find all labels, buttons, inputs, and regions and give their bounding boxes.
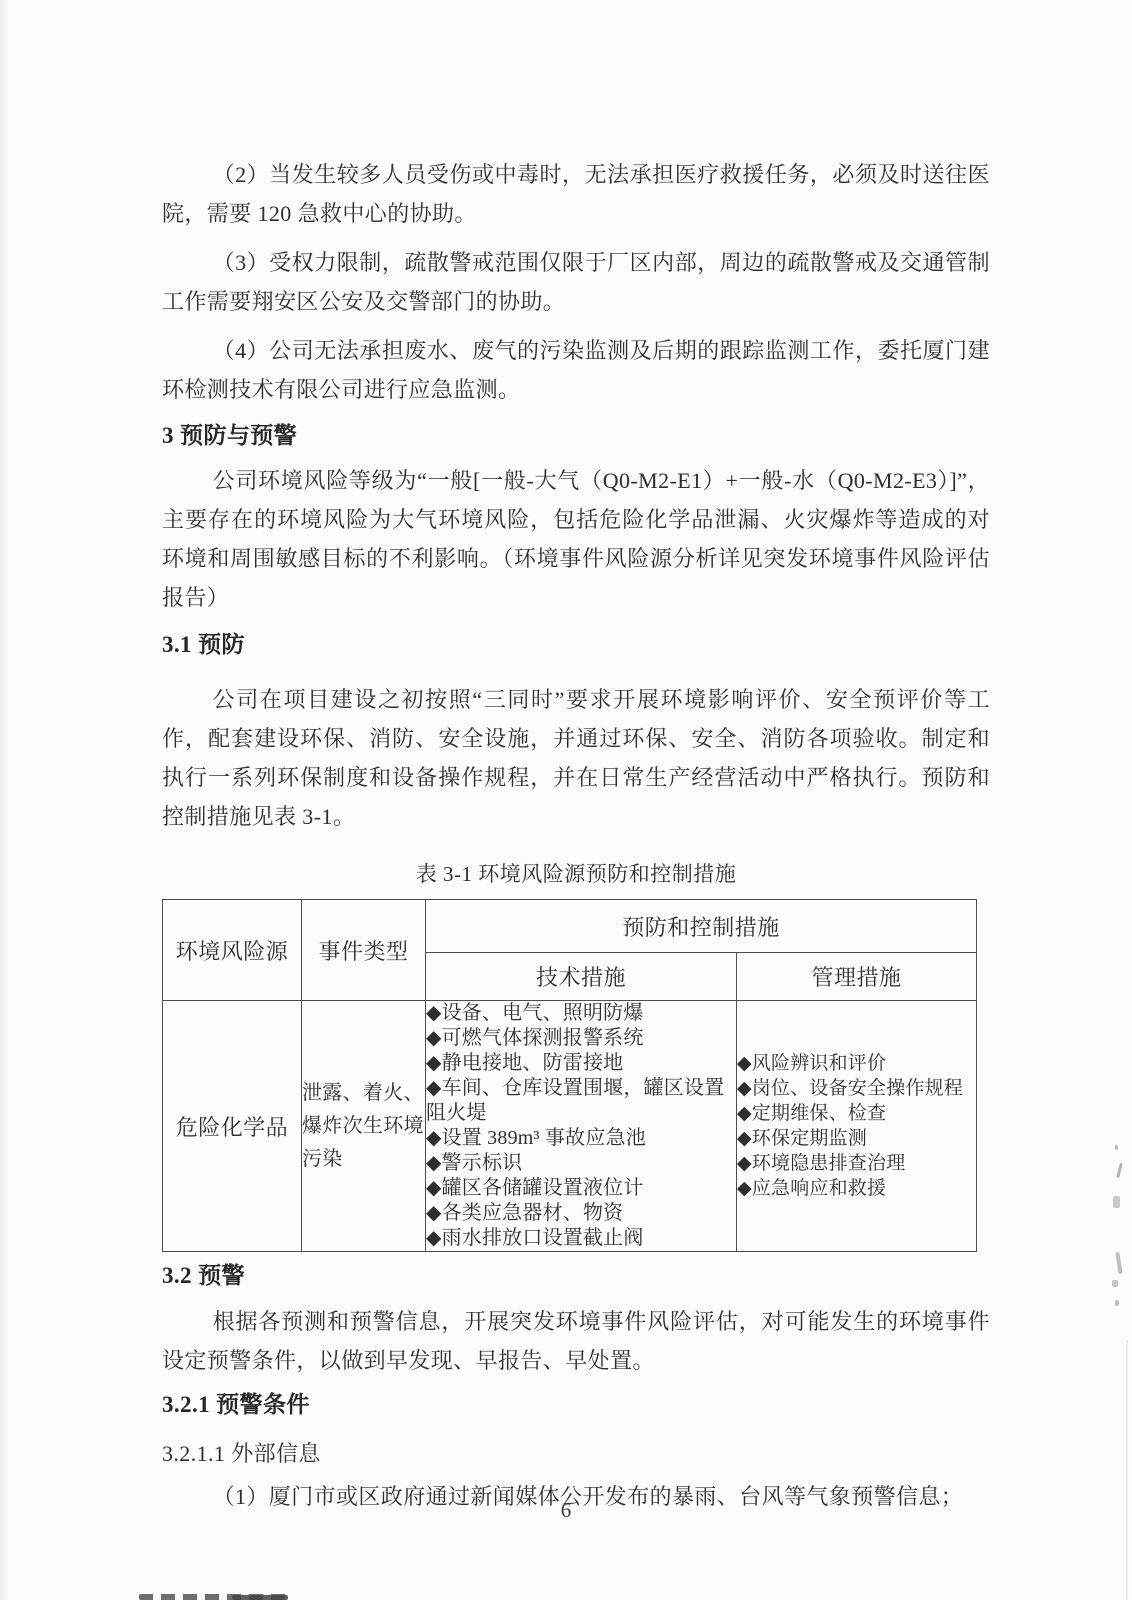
column-header-event-type: 事件类型 (302, 900, 426, 1001)
paragraph-item-2: （2）当发生较多人员受伤或中毒时，无法承担医疗救援任务，必须及时送往医院，需要 … (162, 155, 990, 233)
scan-speck (1112, 1280, 1118, 1287)
scan-fold-line (1126, 1340, 1128, 1600)
column-header-group-measures: 预防和控制措施 (426, 900, 977, 953)
page-number: 6 (0, 1497, 1132, 1523)
table-caption: 表 3-1 环境风险源预防和控制措施 (162, 859, 990, 889)
section-heading-3-2: 3.2 预警 (162, 1256, 990, 1296)
cell-risk-source: 危险化学品 (163, 1001, 302, 1252)
scan-speck (1116, 1163, 1123, 1178)
column-header-technical: 技术措施 (426, 953, 737, 1001)
page-content: （2）当发生较多人员受伤或中毒时，无法承担医疗救援任务，必须及时送往医院，需要 … (162, 0, 990, 1516)
column-header-risk-source: 环境风险源 (163, 900, 302, 1001)
section-heading-3-1: 3.1 预防 (162, 625, 990, 665)
prevention-control-table: 环境风险源 事件类型 预防和控制措施 技术措施 管理措施 危险化学品 泄露、着火… (162, 899, 977, 1252)
cell-management-measures: ◆风险辨识和评价 ◆岗位、设备安全操作规程 ◆定期维保、检查 ◆环保定期监测 ◆… (737, 1001, 977, 1252)
scan-speck (1115, 1145, 1118, 1150)
scan-artifact-bottom-2 (232, 1595, 288, 1600)
paragraph-risk-level: 公司环境风险等级为“一般[一般-大气（Q0-M2-E1）+一般-水（Q0-M2-… (162, 461, 990, 617)
column-header-management: 管理措施 (737, 953, 977, 1001)
paragraph-item-4: （4）公司无法承担废水、废气的污染监测及后期的跟踪监测工作，委托厦门建环检测技术… (162, 331, 990, 409)
cell-event-type: 泄露、着火、爆炸次生环境污染 (302, 1001, 426, 1252)
scan-speck (1113, 1196, 1120, 1208)
paragraph-prevention: 公司在项目建设之初按照“三同时”要求开展环境影响评价、安全预评价等工作，配套建设… (162, 680, 990, 836)
scanned-document-page: （2）当发生较多人员受伤或中毒时，无法承担医疗救援任务，必须及时送往医院，需要 … (0, 0, 1132, 1600)
table-row: 危险化学品 泄露、着火、爆炸次生环境污染 ◆设备、电气、照明防爆 ◆可燃气体探测… (163, 1001, 977, 1252)
section-heading-3-2-1-1: 3.2.1.1 外部信息 (162, 1434, 990, 1473)
paragraph-item-3: （3）受权力限制，疏散警戒范围仅限于厂区内部，周边的疏散警戒及交通管制工作需要翔… (162, 243, 990, 321)
scan-speck (1115, 1252, 1122, 1274)
scan-speck (1115, 1300, 1119, 1306)
section-heading-3: 3 预防与预警 (162, 416, 990, 456)
scan-edge-shadow (0, 0, 10, 1600)
paragraph-warning: 根据各预测和预警信息，开展突发环境事件风险评估，对可能发生的环境事件设定预警条件… (162, 1302, 990, 1380)
cell-technical-measures: ◆设备、电气、照明防爆 ◆可燃气体探测报警系统 ◆静电接地、防雷接地 ◆车间、仓… (426, 1001, 737, 1252)
section-heading-3-2-1: 3.2.1 预警条件 (162, 1385, 990, 1425)
